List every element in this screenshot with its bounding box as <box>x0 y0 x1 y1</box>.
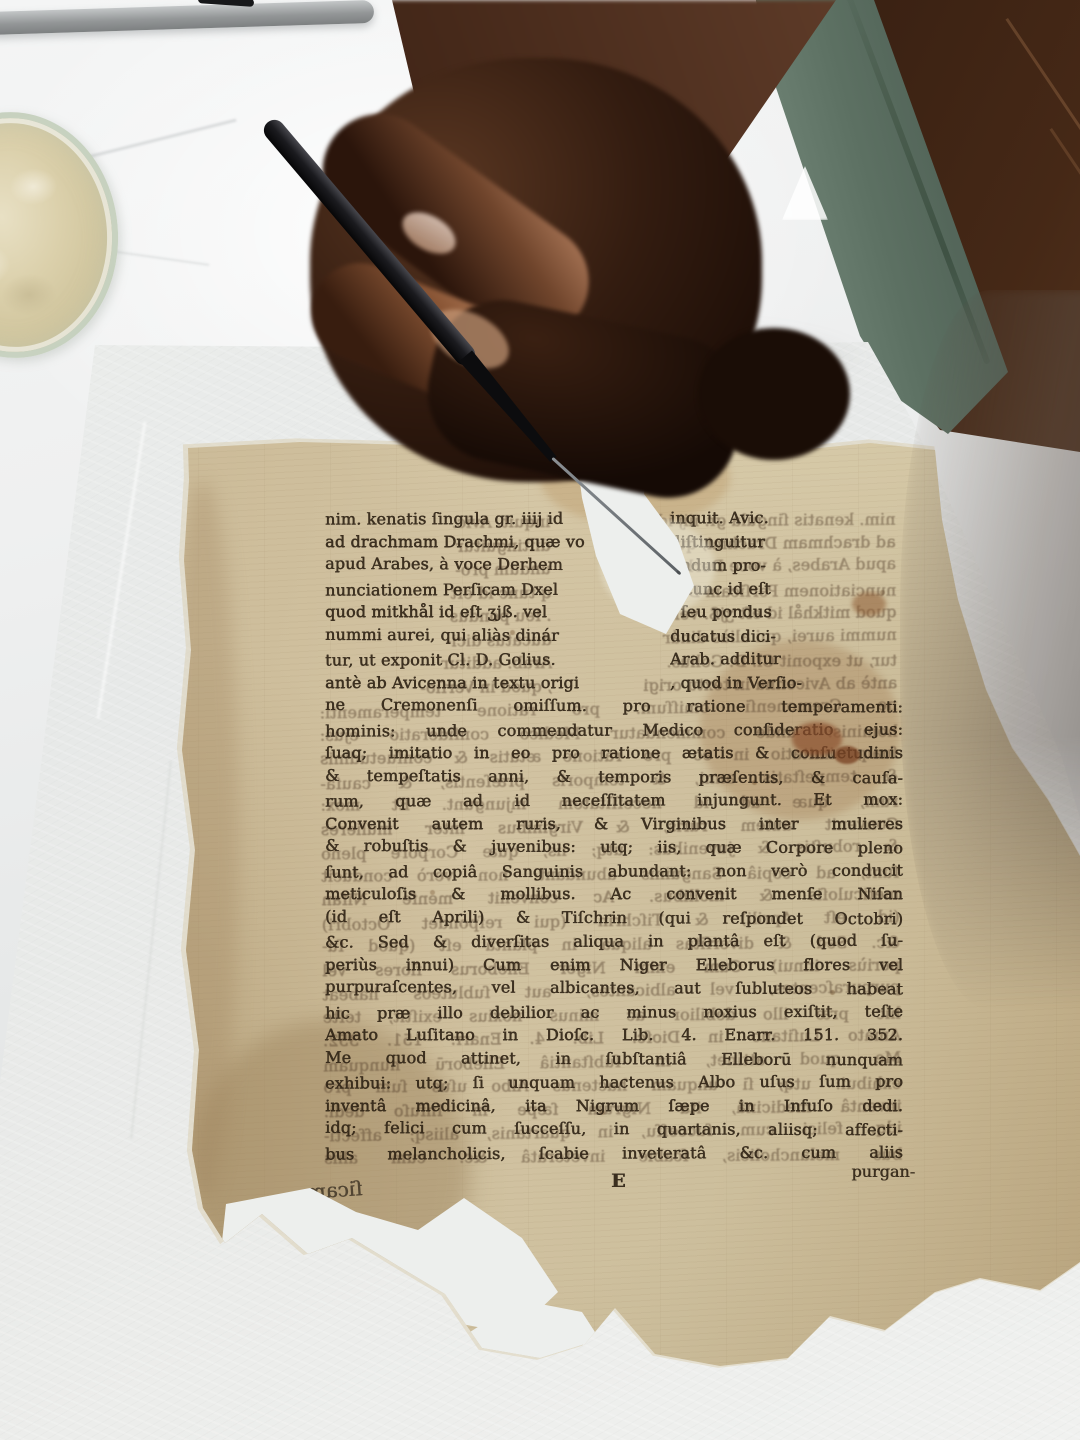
page-text-line: periùs innui) Cum enim Niger Elleborus f… <box>325 953 903 977</box>
page-text-line: exhibui: utq; ſi unquam hactenus Albo uſ… <box>325 1069 903 1095</box>
line-left-fragment: nunciationem Perſicam Dxel <box>325 577 615 602</box>
page-text-block: nim. kenatis ſingula gr. iiij idinquit. … <box>325 506 903 1164</box>
line-text: rum, quæ ad id neceſſitatem injungunt. E… <box>325 787 903 813</box>
line-text: &c. Sed & diverſitas aliqua in plantâ eſ… <box>325 928 903 954</box>
page-text-line: hic præ illo debilior ac minus noxius ex… <box>325 999 903 1025</box>
line-text: inventâ medicinâ, ita Nigrum ſæpe in Inf… <box>325 1094 903 1118</box>
line-text: & tempeſtatis anni, & temporis præſentis… <box>325 763 903 789</box>
rust-stain <box>834 746 860 764</box>
page-text-line: ne Cremonenſi omiſſum. pro ratione tempe… <box>325 693 903 719</box>
line-left-fragment: nummi aurei, qui aliàs dinár <box>325 622 615 647</box>
page-text-line: antè ab Avicenna in textu origi, quod in… <box>325 671 903 695</box>
line-left-fragment: ad drachmam Drachmi, quæ vo <box>325 530 615 554</box>
page-text-line: (id eſt Aprili) & Tiſchrin (qui reſponde… <box>325 904 903 930</box>
page-text-line: Me quod attinet, in ſubſtantiâ Elleborū … <box>325 1045 903 1071</box>
line-text: Amato Luſitano in Dioſc. Lib. 4. Enarr. … <box>325 1023 903 1047</box>
line-text: exhibui: utq; ſi unquam hactenus Albo uſ… <box>325 1069 903 1095</box>
page-text-line: nummi aurei, qui aliàs dinárducatus dici… <box>325 622 903 648</box>
line-right-fragment: inquit. Avic. <box>670 505 903 529</box>
page-text-line: purpuraſcentes, vel albicantes, aut ſubl… <box>325 975 903 1001</box>
line-text: meticuloſis & mollibus. Ac convenit menſ… <box>325 882 903 906</box>
line-left-fragment: quod mitkhål id eſt ʒjß. vel <box>325 600 615 624</box>
pinky-knuckle <box>698 328 850 460</box>
line-text: Convenit autem ruris, & Virginibus inter… <box>325 812 903 836</box>
line-right-fragment: Arab. additur <box>670 646 903 670</box>
page-bottom-row: ſicam E purgan- <box>325 1158 903 1198</box>
line-text: ne Cremonenſi omiſſum. pro ratione tempe… <box>325 693 903 719</box>
page-text-line: idq; felici cum ſucceſſu, in quartanis, … <box>325 1116 903 1142</box>
line-text: periùs innui) Cum enim Niger Elleborus f… <box>325 953 903 977</box>
line-text: ſunt, ad copiâ Sanguinis abundant: non v… <box>325 858 903 884</box>
page-text-line: & robuſtis & juvenibus: utq; iis, quæ Co… <box>325 834 903 860</box>
line-right-fragment: ducatus dici- <box>670 624 903 649</box>
line-text: & robuſtis & juvenibus: utq; iis, quæ Co… <box>325 834 903 860</box>
page-text-line: rum, quæ ad id neceſſitatem injungunt. E… <box>325 787 903 813</box>
line-text: idq; felici cum ſucceſſu, in quartanis, … <box>325 1116 903 1142</box>
line-left-fragment: apud Arabes, à voce Derhem <box>325 552 615 577</box>
page-text-line: quod mitkhål id eſt ʒjß. vel. ſeu pondus <box>325 600 903 624</box>
page-text-line: Amato Luſitano in Dioſc. Lib. 4. Enarr. … <box>325 1023 903 1047</box>
line-text: hic præ illo debilior ac minus noxius ex… <box>325 999 903 1025</box>
page-text-line: & tempeſtatis anni, & temporis præſentis… <box>325 763 903 789</box>
line-left-fragment: tur, ut exponit Cl. D. Golius. <box>325 647 615 672</box>
line-right-fragment: , quod in Verſio- <box>670 671 903 695</box>
page-text-line: Convenit autem ruris, & Virginibus inter… <box>325 812 903 836</box>
line-left-fragment: nim. kenatis ſingula gr. iiij id <box>325 506 615 531</box>
line-left-fragment: antè ab Avicenna in textu origi <box>325 671 615 695</box>
line-text: (id eſt Aprili) & Tiſchrin (qui reſponde… <box>325 904 903 930</box>
rust-stain <box>852 592 886 616</box>
page-text-line: ſunt, ad copiâ Sanguinis abundant: non v… <box>325 858 903 884</box>
page-text-line: tur, ut exponit Cl. D. Golius.Arab. addi… <box>325 646 903 672</box>
page-text-line: meticuloſis & mollibus. Ac convenit menſ… <box>325 882 903 906</box>
photo-scene: nim. kenatis ſingula gr. iiij idinquit. … <box>0 0 1080 1440</box>
catchword: purgan- <box>851 1162 915 1181</box>
line-text: purpuraſcentes, vel albicantes, aut ſubl… <box>325 975 903 1001</box>
line-text: Me quod attinet, in ſubſtantiâ Elleborū … <box>325 1045 903 1071</box>
page-text-line: &c. Sed & diverſitas aliqua in plantâ eſ… <box>325 928 903 954</box>
signature-mark: E <box>611 1170 625 1192</box>
page-text-line: inventâ medicinâ, ita Nigrum ſæpe in Inf… <box>325 1094 903 1118</box>
cast-shadow-right <box>900 290 1080 1010</box>
